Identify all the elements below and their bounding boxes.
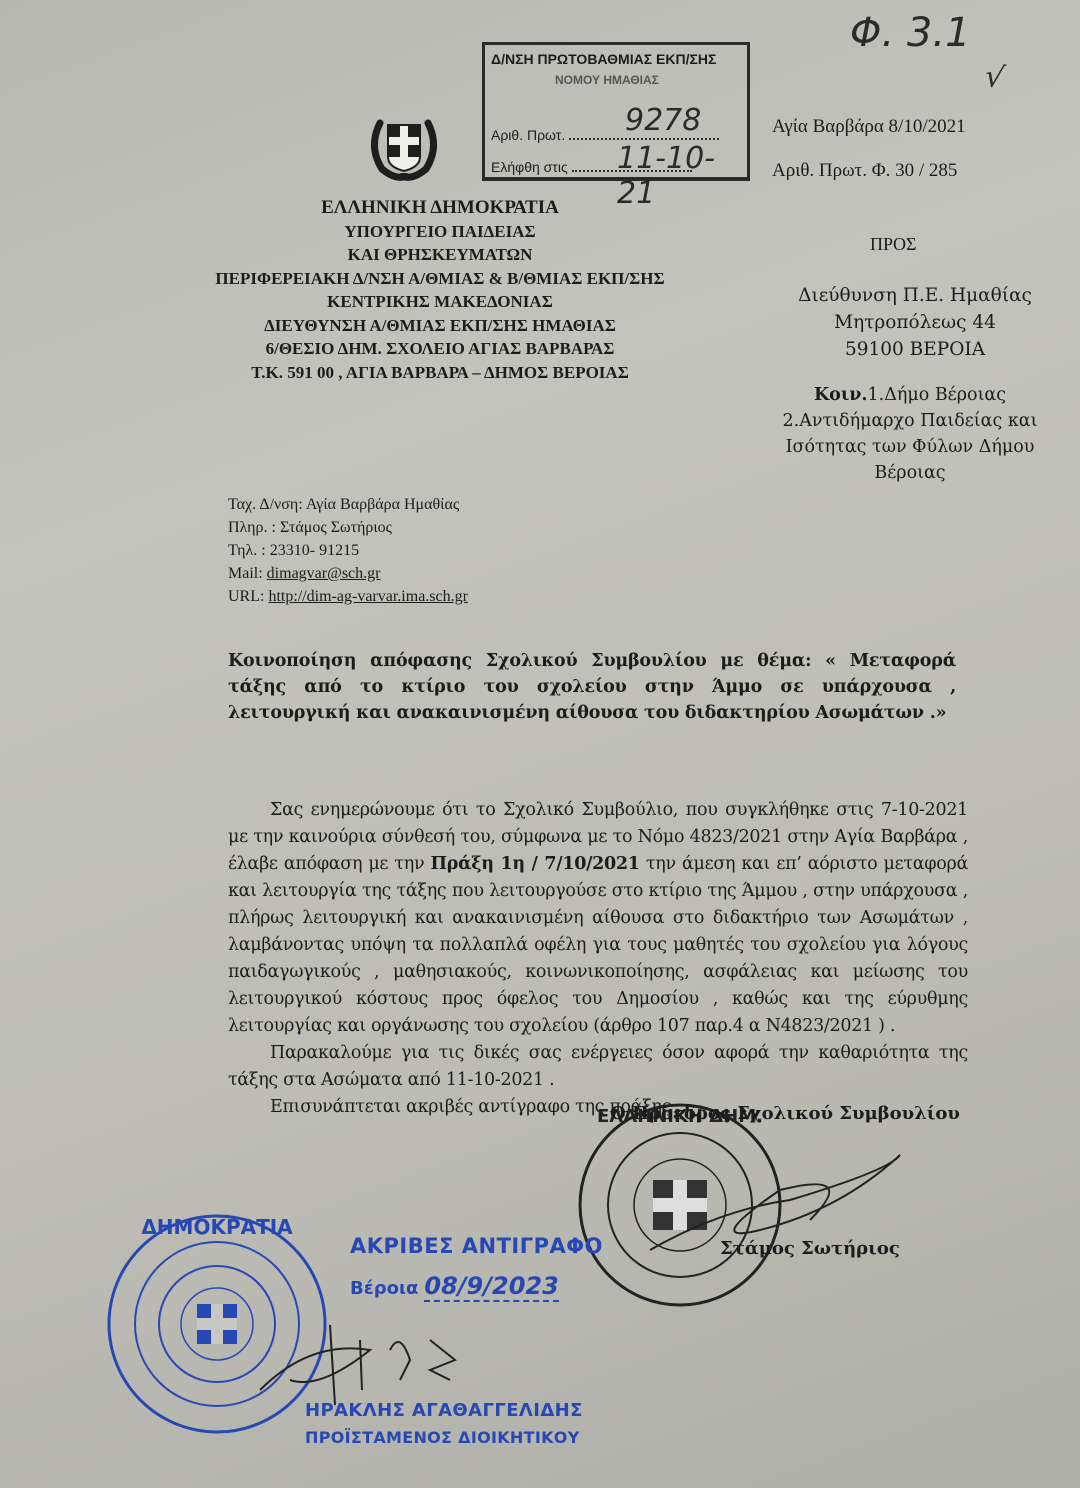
incoming-protocol-stamp: Δ/ΝΣΗ ΠΡΩΤΟΒΑΘΜΙΑΣ ΕΚΠ/ΣΗΣ ΝΟΜΟΥ ΗΜΑΘΙΑΣ… [482, 42, 750, 181]
issuer-line: 6/ΘΕΣΙΟ ΔΗΜ. ΣΧΟΛΕΙΟ ΑΓΙΑΣ ΒΑΡΒΑΡΑΣ [190, 337, 690, 361]
certifier-name: ΗΡΑΚΛΗΣ ΑΓΑΘΑΓΓΕΛΙΔΗΣ [305, 1400, 583, 1421]
subject: Κοινοποίηση απόφασης Σχολικού Συμβουλίου… [228, 648, 956, 726]
signatory-title: Ο Πρόεδρος Σχολικού Συμβουλίου [610, 1103, 960, 1124]
contact-block: Ταχ. Δ/νση: Αγία Βαρβάρα Ημαθίας Πληρ. :… [228, 493, 468, 608]
protocol-number: Αριθ. Πρωτ. Φ. 30 / 285 [772, 160, 957, 182]
contact-phone: Τηλ. : 23310- 91215 [228, 539, 468, 562]
to-label: ΠΡΟΣ [870, 234, 917, 255]
contact-url: URL: http://dim-ag-varvar.ima.sch.gr [228, 585, 468, 608]
certifier-role: ΠΡΟΪΣΤΑΜΕΝΟΣ ΔΙΟΙΚΗΤΙΚΟΥ [305, 1428, 580, 1447]
issuer-line: ΥΠΟΥΡΓΕΙΟ ΠΑΙΔΕΙΑΣ [190, 220, 690, 244]
stamp-received-row: Ελήφθη στις [491, 159, 692, 175]
copy-signature-scribble [250, 1320, 470, 1410]
recipient-line: Μητροπόλεως 44 [770, 309, 1060, 336]
stamp-received-label: Ελήφθη στις [491, 159, 568, 175]
cc-line: Κοιν.1.Δήμο Βέροιας [760, 382, 1060, 408]
contact-mail: Mail: dimagvar@sch.gr [228, 562, 468, 585]
stamp-authority: Δ/ΝΣΗ ΠΡΩΤΟΒΑΘΜΙΑΣ ΕΚΠ/ΣΗΣ [491, 51, 716, 67]
greek-coat-of-arms-icon [366, 113, 442, 181]
issuer-line: Τ.Κ. 591 00 , ΑΓΙΑ ΒΑΡΒΑΡΑ – ΔΗΜΟΣ ΒΕΡΟΙ… [190, 361, 690, 385]
body-paragraph-1: Σας ενημερώνουμε ότι το Σχολικό Συμβούλι… [228, 797, 968, 1040]
url-link[interactable]: http://dim-ag-varvar.ima.sch.gr [268, 588, 468, 605]
cc-line: Ισότητας των Φύλων Δήμου [760, 434, 1060, 460]
cc-item: 1.Δήμο Βέροιας [868, 385, 1007, 405]
cc-line: Βέροιας [760, 460, 1060, 486]
svg-text:ΔΗΜΟΚΡΑΤΙΑ: ΔΗΜΟΚΡΑΤΙΑ [141, 1215, 293, 1239]
cc-block: Κοιν.1.Δήμο Βέροιας 2.Αντιδήμαρχο Παιδεί… [760, 382, 1060, 486]
mail-link[interactable]: dimagvar@sch.gr [267, 565, 381, 582]
place-date: Αγία Βαρβάρα 8/10/2021 [772, 116, 966, 138]
check-mark: √ [982, 59, 1007, 97]
certified-copy-title: ΑΚΡΙΒΕΣ ΑΝΤΙΓΡΑΦΟ [350, 1234, 603, 1258]
issuer-line: ΠΕΡΙΦΕΡΕΙΑΚΗ Δ/ΝΣΗ Α/ΘΜΙΑΣ & Β/ΘΜΙΑΣ ΕΚΠ… [190, 267, 690, 291]
issuer-line: ΚΑΙ ΘΡΗΣΚΕΥΜΑΤΩΝ [190, 243, 690, 267]
recipient-line: Διεύθυνση Π.Ε. Ημαθίας [770, 282, 1060, 309]
letter-body: Σας ενημερώνουμε ότι το Σχολικό Συμβούλι… [228, 797, 968, 1121]
issuer-line: ΚΕΝΤΡΙΚΗΣ ΜΑΚΕΔΟΝΙΑΣ [190, 290, 690, 314]
contact-address: Ταχ. Δ/νση: Αγία Βαρβάρα Ημαθίας [228, 493, 468, 516]
certified-copy-date: Βέροια08/9/2023 [350, 1272, 559, 1300]
cc-line: 2.Αντιδήμαρχο Παιδείας και [760, 408, 1060, 434]
cc-label: Κοιν. [814, 385, 868, 405]
stamp-protocol-label: Αριθ. Πρωτ. [491, 127, 565, 143]
recipient-line: 59100 ΒΕΡΟΙΑ [770, 336, 1060, 363]
issuer-line: ΔΙΕΥΘΥΝΣΗ Α/ΘΜΙΑΣ ΕΚΠ/ΣΗΣ ΗΜΑΘΙΑΣ [190, 314, 690, 338]
body-paragraph-2: Παρακαλούμε για τις δικές σας ενέργειες … [228, 1040, 968, 1094]
issuer-header: ΕΛΛΗΝΙΚΗ ΔΗΜΟΚΡΑΤΙΑ ΥΠΟΥΡΓΕΙΟ ΠΑΙΔΕΙΑΣ Κ… [190, 196, 690, 384]
recipient-block: Διεύθυνση Π.Ε. Ημαθίας Μητροπόλεως 44 59… [770, 282, 1060, 363]
issuer-line: ΕΛΛΗΝΙΚΗ ΔΗΜΟΚΡΑΤΙΑ [190, 196, 690, 220]
decision-reference: Πράξη 1η / 7/10/2021 [431, 854, 640, 874]
contact-info: Πληρ. : Στάμος Σωτήριος [228, 516, 468, 539]
stamp-prefecture: ΝΟΜΟΥ ΗΜΑΘΙΑΣ [555, 73, 659, 87]
folio-annotation: Φ. 3.1 [850, 10, 971, 56]
signatory-name: Στάμος Σωτήριος [720, 1238, 900, 1259]
